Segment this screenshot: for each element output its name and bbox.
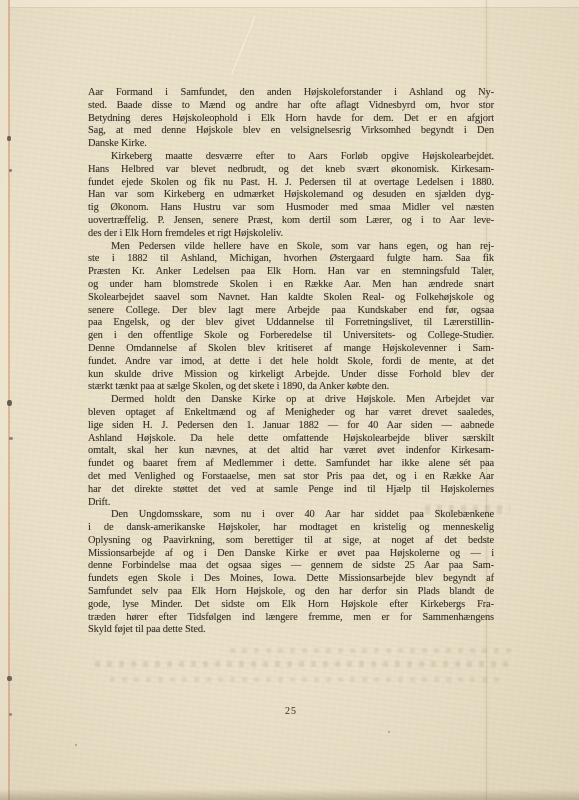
text-line: tig Økonom. Hans Hustru var som Husmoder… bbox=[88, 202, 494, 215]
paragraph: Kirkeberg maatte desværre efter to Aars … bbox=[88, 151, 494, 241]
text-line: kun skulde drive Mission og kirkeligt Ar… bbox=[88, 369, 494, 382]
ink-speck bbox=[388, 731, 390, 733]
text-line: fundet og baaret frem af Medlemmer i det… bbox=[88, 458, 494, 471]
text-line: det med Venlighed og Forstaaelse, men sa… bbox=[88, 471, 494, 484]
text-line: Samfundet selv paa Elk Horn Højskole, og… bbox=[88, 586, 494, 599]
text-line: paa Engelsk, og der blev givet Uddannels… bbox=[88, 317, 494, 330]
scanned-book-page: Aar Formand i Samfundet, den anden Højsk… bbox=[0, 0, 579, 800]
ink-speck bbox=[9, 713, 12, 716]
text-line: Denne Omdannelse af Skolen blev kritiser… bbox=[88, 343, 494, 356]
text-line: Danske Kirke. bbox=[88, 138, 494, 151]
text-line: gen i den offentlige Skole og Forberedel… bbox=[88, 330, 494, 343]
text-block: Aar Formand i Samfundet, den anden Højsk… bbox=[88, 87, 494, 637]
text-line: træden hører efter Tidsfølgen ind længer… bbox=[88, 612, 494, 625]
ink-bleedthrough-smudge bbox=[95, 661, 515, 667]
paper-scratch bbox=[231, 16, 255, 74]
text-line: fundet ejede Skolen og fik nu Past. H. J… bbox=[88, 177, 494, 190]
paragraph: Dermed holdt den Danske Kirke op at driv… bbox=[88, 394, 494, 509]
paragraph: Men Pedersen vilde hellere have en Skole… bbox=[88, 241, 494, 395]
text-line: des der i Elk Horn fremdeles et rigt Høj… bbox=[88, 228, 494, 241]
text-line: og under ham blomstrede Skolen i en Rækk… bbox=[88, 279, 494, 292]
text-line: lige siden H. J. Pedersen den 1. Januar … bbox=[88, 420, 494, 433]
text-line: fundets egen Skole i Des Moines, Iowa. D… bbox=[88, 573, 494, 586]
text-line: sted. Baade disse to Mænd og andre har o… bbox=[88, 100, 494, 113]
text-line: Ashland Højskole. Da hele dette omfatten… bbox=[88, 433, 494, 446]
paragraph: Den Ungdomsskare, som nu i over 40 Aar h… bbox=[88, 509, 494, 637]
paragraph: Aar Formand i Samfundet, den anden Højsk… bbox=[88, 87, 494, 151]
paper-top-edge bbox=[0, 0, 579, 8]
text-line: Han var som Kirkeberg en udmærket Højsko… bbox=[88, 189, 494, 202]
text-line: omtalt, skal her kun nævnes, at det alti… bbox=[88, 445, 494, 458]
ink-speck bbox=[9, 437, 13, 440]
ink-speck bbox=[7, 676, 12, 681]
text-line: Oplysning og Paavirkning, som berettiger… bbox=[88, 535, 494, 548]
text-line: Hans Helbred var blevet nedbrudt, og det… bbox=[88, 164, 494, 177]
text-line: bleven optaget af Enkeltmænd og af Menig… bbox=[88, 407, 494, 420]
text-line: stærkt tænkt paa at sælge Skolen, og det… bbox=[88, 381, 494, 394]
text-line: senere College. Der blev lagt mere Arbej… bbox=[88, 305, 494, 318]
text-line: fundet. Andre var imod, at dette i det h… bbox=[88, 356, 494, 369]
text-line: Præsten Kr. Anker Ledelsen paa Elk Horn.… bbox=[88, 266, 494, 279]
text-line: Missionsarbejde af og i Den Danske Kirke… bbox=[88, 548, 494, 561]
text-line: denne Forbindelse maa det ogsaa siges — … bbox=[88, 560, 494, 573]
ink-speck bbox=[7, 136, 11, 141]
text-line: gode, lyse Minder. Det sidste om Elk Hor… bbox=[88, 599, 494, 612]
text-line: Betydning deres Højskoleophold i Elk Hor… bbox=[88, 113, 494, 126]
text-line: uovertræffelig. P. Jensen, senere Præst,… bbox=[88, 215, 494, 228]
page-number: 25 bbox=[88, 706, 494, 717]
text-line: Dermed holdt den Danske Kirke op at driv… bbox=[88, 394, 494, 407]
text-line: Den Ungdomsskare, som nu i over 40 Aar h… bbox=[88, 509, 494, 522]
ink-speck bbox=[75, 744, 77, 746]
ink-speck bbox=[7, 400, 12, 406]
text-line: Drift. bbox=[88, 497, 494, 510]
text-line: Skyld føjet til paa dette Sted. bbox=[88, 624, 494, 637]
text-line: Sag, at med denne Højskole blev en velsi… bbox=[88, 125, 494, 138]
text-line: Aar Formand i Samfundet, den anden Højsk… bbox=[88, 87, 494, 100]
ink-bleedthrough-smudge bbox=[230, 648, 512, 653]
text-line: Skolearbejdet saavel som Navnet. Han kal… bbox=[88, 292, 494, 305]
text-line: ste i 1882 til Ashland, Michigan, hvorhe… bbox=[88, 253, 494, 266]
text-line: Kirkeberg maatte desværre efter to Aars … bbox=[88, 151, 494, 164]
bottom-page-shadow bbox=[0, 789, 579, 800]
ink-bleedthrough-smudge bbox=[110, 677, 505, 682]
text-line: Men Pedersen vilde hellere have en Skole… bbox=[88, 241, 494, 254]
text-line: har det direkte støttet det ved at samle… bbox=[88, 484, 494, 497]
ink-speck bbox=[9, 169, 12, 172]
text-line: i de dansk-amerikanske Højskoler, har mo… bbox=[88, 522, 494, 535]
